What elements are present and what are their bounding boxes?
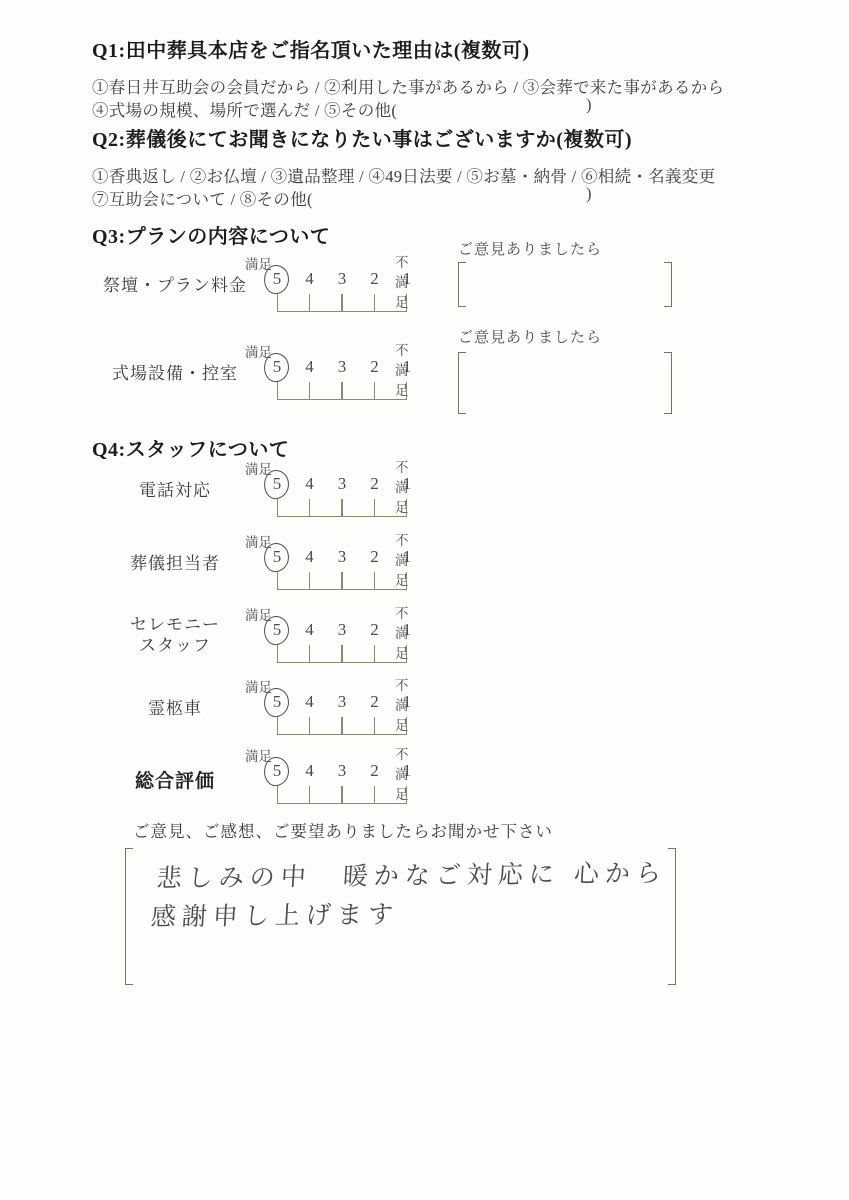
rating-number: 2	[365, 620, 385, 640]
rating-row-ceremony-staff: セレモニー スタッフ 満足 不満足 54321	[90, 604, 570, 682]
left-bracket-icon	[458, 262, 466, 307]
scale-tick	[374, 717, 375, 734]
scale-tick	[341, 786, 342, 803]
rating-number: 5	[267, 269, 287, 289]
scale-tick	[341, 499, 342, 516]
q1-options-line2: ④式場の規模、場所で選んだ / ⑤その他(	[92, 97, 397, 121]
handwritten-comment-line2: 感謝申し上げます	[150, 895, 400, 934]
rating-scale: 満足 不満足 54321	[267, 341, 417, 401]
rating-number: 1	[397, 474, 417, 494]
scale-tick	[309, 499, 310, 516]
scale-tick	[406, 382, 407, 399]
rating-number: 4	[300, 692, 320, 712]
rating-row-funeral-director: 葬儀担当者 満足 不満足 54321	[90, 531, 570, 609]
rating-row-label: 祭壇・プラン料金	[90, 271, 260, 296]
rating-number: 2	[365, 474, 385, 494]
rating-number: 3	[332, 761, 352, 781]
scale-tick	[309, 645, 310, 662]
scale-tick	[341, 717, 342, 734]
rating-number: 4	[300, 620, 320, 640]
rating-row-label: 式場設備・控室	[90, 359, 260, 384]
rating-number: 3	[332, 692, 352, 712]
rating-number: 5	[267, 474, 287, 494]
rating-number: 5	[267, 620, 287, 640]
free-comment-prompt: ご意見、ご感想、ご要望ありましたらお聞かせ下さい	[133, 818, 553, 842]
rating-row-label: 霊柩車	[90, 694, 260, 719]
left-bracket-icon	[458, 352, 466, 414]
rating-number: 5	[267, 357, 287, 377]
scale-ruler	[277, 572, 407, 590]
rating-row-label: 葬儀担当者	[90, 549, 260, 574]
rating-scale: 満足 不満足 54321	[267, 458, 417, 518]
rating-number: 4	[300, 269, 320, 289]
handwritten-circle-mark	[262, 542, 290, 574]
handwritten-circle-mark	[262, 264, 290, 296]
scale-tick	[341, 382, 342, 399]
rating-scale: 満足 不満足 54321	[267, 604, 417, 664]
q2-options-line1: ①香典返し / ②お仏壇 / ③遺品整理 / ④49日法要 / ⑤お墓・納骨 /…	[92, 163, 715, 187]
rating-number: 1	[397, 547, 417, 567]
rating-number: 3	[332, 620, 352, 640]
comment-prompt: ご意見ありましたら	[458, 326, 602, 347]
rating-number: 1	[397, 692, 417, 712]
rating-number: 2	[365, 692, 385, 712]
handwritten-circle-mark	[262, 687, 290, 719]
scale-tick	[277, 382, 278, 399]
rating-row-label: セレモニー スタッフ	[90, 614, 260, 656]
scale-ruler	[277, 717, 407, 735]
rating-scale: 満足 不満足 54321	[267, 676, 417, 736]
rating-row-label: 電話対応	[90, 476, 260, 501]
free-comment-box: 悲しみの中 暖かなご対応に 心から 感謝申し上げます	[125, 848, 676, 985]
scale-tick	[374, 499, 375, 516]
rating-number: 4	[300, 474, 320, 494]
scale-tick	[309, 382, 310, 399]
rating-row-phone-response: 電話対応 満足 不満足 54321	[90, 458, 570, 536]
scale-ruler	[277, 786, 407, 804]
rating-number: 4	[300, 761, 320, 781]
rating-number: 2	[365, 547, 385, 567]
q2-other-close-paren: )	[586, 184, 592, 204]
scale-tick	[406, 645, 407, 662]
scale-tick	[309, 717, 310, 734]
rating-number: 1	[397, 269, 417, 289]
handwritten-circle-mark	[262, 756, 290, 788]
right-bracket-icon	[664, 262, 672, 307]
handwritten-circle-mark	[262, 615, 290, 647]
scale-tick	[341, 645, 342, 662]
scale-tick	[341, 294, 342, 311]
rating-number: 3	[332, 474, 352, 494]
scale-tick	[277, 572, 278, 589]
rating-row-overall: 総合評価 満足 不満足 54321	[90, 745, 570, 823]
rating-number: 5	[267, 761, 287, 781]
rating-number: 3	[332, 547, 352, 567]
scale-tick	[277, 645, 278, 662]
scale-tick	[341, 572, 342, 589]
q1-other-close-paren: )	[586, 95, 592, 115]
scale-ruler	[277, 499, 407, 517]
right-bracket-icon	[664, 352, 672, 414]
rating-scale: 満足 不満足 54321	[267, 745, 417, 805]
rating-number: 5	[267, 547, 287, 567]
scale-tick	[374, 645, 375, 662]
q2-options-line2: ⑦互助会について / ⑧その他(	[92, 186, 313, 210]
scale-ruler	[277, 294, 407, 312]
scale-tick	[406, 572, 407, 589]
scale-tick	[277, 294, 278, 311]
scale-tick	[374, 294, 375, 311]
rating-number: 5	[267, 692, 287, 712]
rating-scale: 満足 不満足 54321	[267, 253, 417, 313]
q3-title: Q3:プランの内容について	[92, 220, 330, 249]
right-bracket-icon	[668, 848, 676, 985]
left-bracket-icon	[125, 848, 133, 985]
rating-number: 2	[365, 357, 385, 377]
rating-number: 4	[300, 547, 320, 567]
comment-box	[458, 352, 672, 414]
rating-number: 2	[365, 761, 385, 781]
handwritten-circle-mark	[262, 352, 290, 384]
scale-tick	[406, 294, 407, 311]
rating-scale: 満足 不満足 54321	[267, 531, 417, 591]
rating-number: 1	[397, 620, 417, 640]
scale-ruler	[277, 382, 407, 400]
rating-number: 4	[300, 357, 320, 377]
scale-tick	[406, 499, 407, 516]
rating-row-label: 総合評価	[90, 766, 260, 793]
rating-number: 1	[397, 357, 417, 377]
scale-tick	[374, 382, 375, 399]
scale-tick	[374, 572, 375, 589]
comment-box	[458, 262, 672, 307]
scale-tick	[406, 786, 407, 803]
scale-tick	[374, 786, 375, 803]
q1-title: Q1:田中葬具本店をご指名頂いた理由は(複数可)	[92, 34, 530, 63]
survey-scan-page: Q1:田中葬具本店をご指名頂いた理由は(複数可) ①春日井互助会の会員だから /…	[0, 0, 849, 1200]
scale-tick	[309, 572, 310, 589]
q1-options-line1: ①春日井互助会の会員だから / ②利用した事があるから / ③会葬で来た事がある…	[92, 74, 724, 98]
scale-tick	[406, 717, 407, 734]
handwritten-circle-mark	[262, 469, 290, 501]
rating-number: 1	[397, 761, 417, 781]
scale-tick	[309, 786, 310, 803]
scale-tick	[277, 717, 278, 734]
scale-tick	[309, 294, 310, 311]
rating-row-hearse: 霊柩車 満足 不満足 54321	[90, 676, 570, 754]
rating-number: 2	[365, 269, 385, 289]
rating-number: 3	[332, 357, 352, 377]
scale-tick	[277, 786, 278, 803]
handwritten-comment-line1: 悲しみの中 暖かなご対応に 心から	[156, 853, 668, 894]
scale-ruler	[277, 645, 407, 663]
scale-tick	[277, 499, 278, 516]
rating-number: 3	[332, 269, 352, 289]
q2-title: Q2:葬儀後にてお聞きになりたい事はございますか(複数可)	[92, 123, 632, 152]
comment-prompt: ご意見ありましたら	[458, 238, 602, 259]
